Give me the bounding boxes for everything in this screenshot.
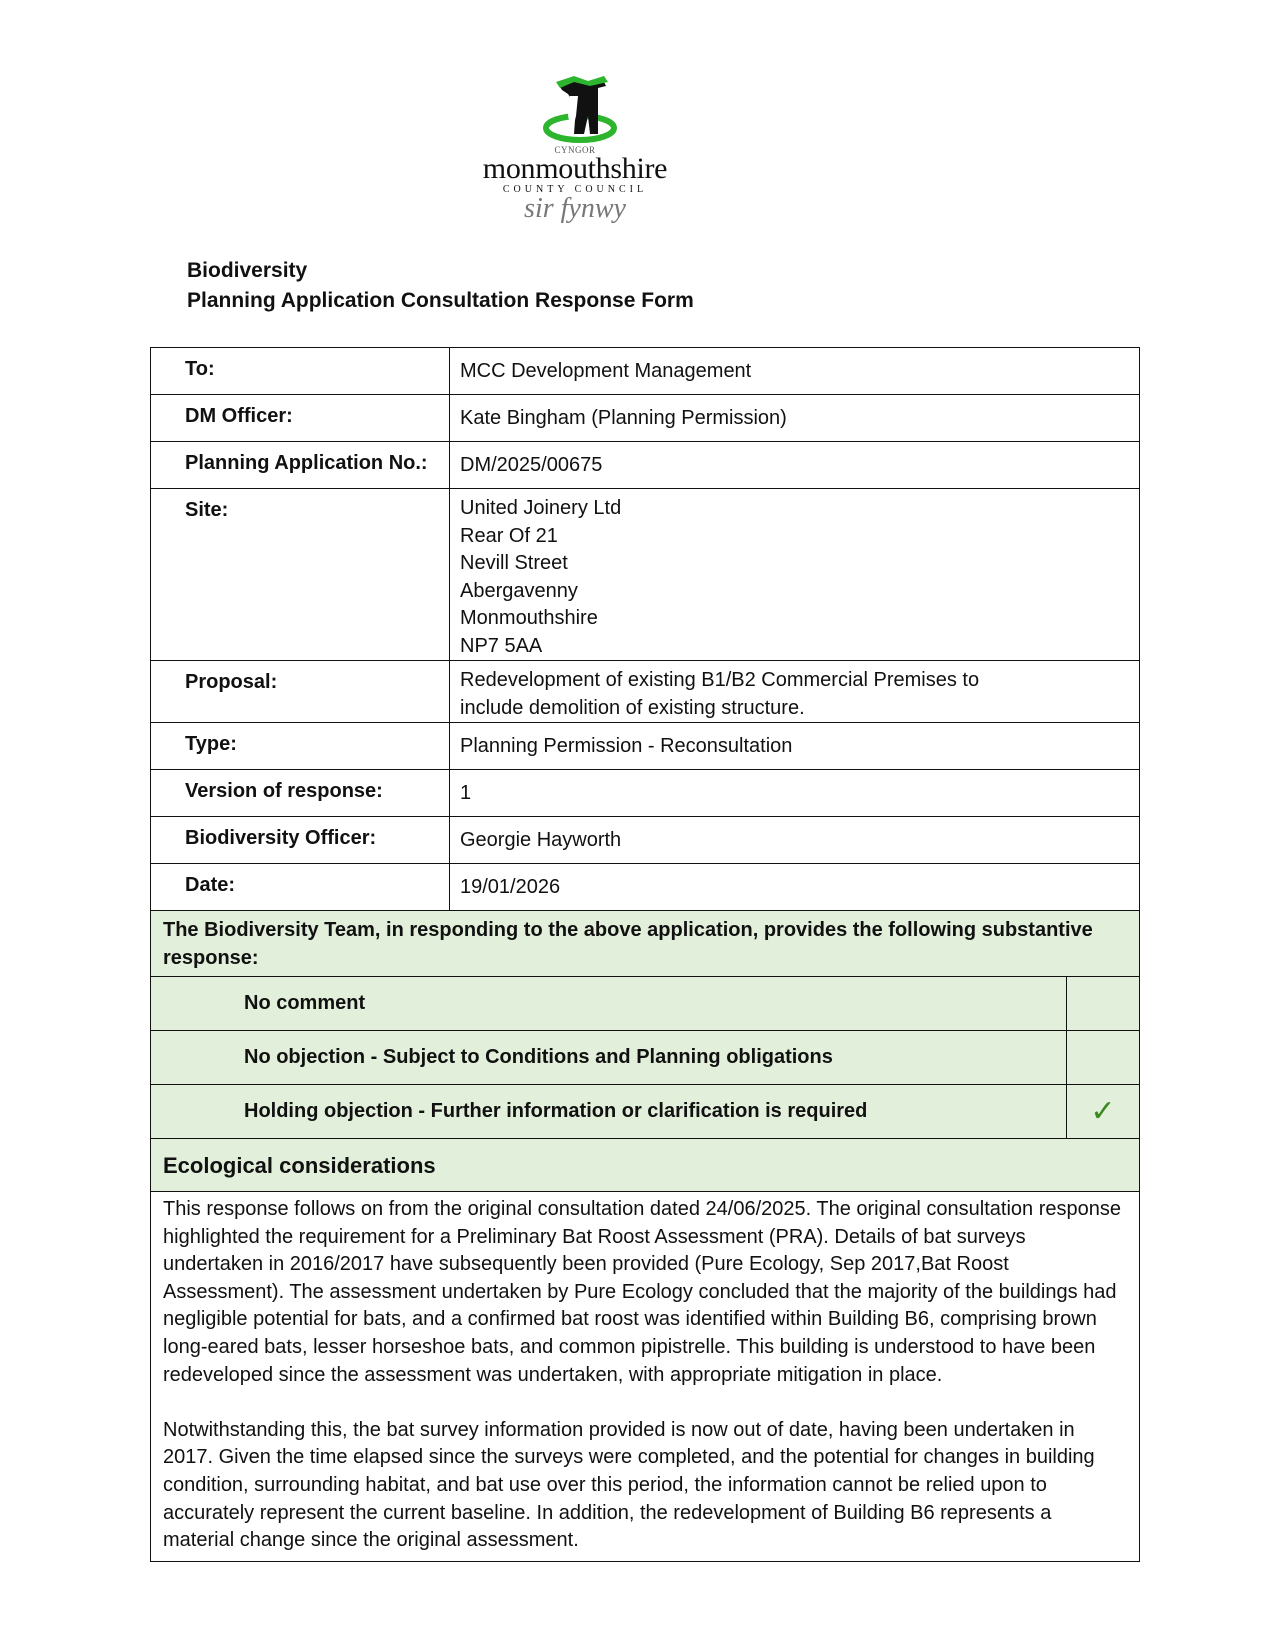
- checkbox-holding-objection[interactable]: ✓: [1067, 1085, 1140, 1139]
- proposal-line: Redevelopment of existing B1/B2 Commerci…: [460, 667, 1139, 695]
- ecological-body: This response follows on from the origin…: [151, 1192, 1140, 1562]
- paragraph: This response follows on from the origin…: [163, 1196, 1127, 1389]
- table-row: Proposal: Redevelopment of existing B1/B…: [151, 661, 1140, 723]
- table-row: Ecological considerations: [151, 1139, 1140, 1192]
- field-value-proposal: Redevelopment of existing B1/B2 Commerci…: [450, 661, 1140, 723]
- table-row: Version of response: 1: [151, 770, 1140, 817]
- table-row: Planning Application No.: DM/2025/00675: [151, 442, 1140, 489]
- field-value-to: MCC Development Management: [450, 348, 1140, 395]
- consultation-form-table: To: MCC Development Management DM Office…: [150, 347, 1140, 1562]
- field-label: Proposal:: [151, 661, 450, 723]
- field-value-type: Planning Permission - Reconsultation: [450, 723, 1140, 770]
- logo-name: monmouthshire: [455, 152, 695, 186]
- field-value-application-no: DM/2025/00675: [450, 442, 1140, 489]
- table-row: Date: 19/01/2026: [151, 864, 1140, 911]
- option-no-objection: No objection - Subject to Conditions and…: [151, 1031, 1067, 1085]
- table-row: Type: Planning Permission - Reconsultati…: [151, 723, 1140, 770]
- checkbox-no-objection[interactable]: [1067, 1031, 1140, 1085]
- checkbox-no-comment[interactable]: [1067, 977, 1140, 1031]
- field-label: DM Officer:: [151, 395, 450, 442]
- field-value-site: United Joinery Ltd Rear Of 21 Nevill Str…: [450, 489, 1140, 661]
- logo-welsh: sir fynwy: [455, 193, 695, 225]
- field-label: Date:: [151, 864, 450, 911]
- section-heading-ecological: Ecological considerations: [151, 1139, 1140, 1192]
- form-heading: Biodiversity Planning Application Consul…: [187, 256, 694, 316]
- field-label: Biodiversity Officer:: [151, 817, 450, 864]
- site-line: Nevill Street: [460, 550, 1139, 578]
- field-label: Planning Application No.:: [151, 442, 450, 489]
- table-row: Site: United Joinery Ltd Rear Of 21 Nevi…: [151, 489, 1140, 661]
- site-line: Abergavenny: [460, 578, 1139, 606]
- response-option-row: Holding objection - Further information …: [151, 1085, 1140, 1139]
- heading-line-1: Biodiversity: [187, 256, 694, 286]
- paragraph: Notwithstanding this, the bat survey inf…: [163, 1417, 1127, 1555]
- check-icon: ✓: [1090, 1094, 1115, 1129]
- table-row: DM Officer: Kate Bingham (Planning Permi…: [151, 395, 1140, 442]
- response-intro: The Biodiversity Team, in responding to …: [151, 911, 1140, 977]
- table-row: The Biodiversity Team, in responding to …: [151, 911, 1140, 977]
- page-title: Planning Application Consultation Respon…: [187, 286, 694, 316]
- field-label: Version of response:: [151, 770, 450, 817]
- site-line: Rear Of 21: [460, 523, 1139, 551]
- field-label: To:: [151, 348, 450, 395]
- council-logo: CYNGOR monmouthshire COUNTY COUNCIL sir …: [455, 72, 705, 222]
- field-value-biodiversity-officer: Georgie Hayworth: [450, 817, 1140, 864]
- field-label: Site:: [151, 489, 450, 661]
- option-holding-objection: Holding objection - Further information …: [151, 1085, 1067, 1139]
- field-value-date: 19/01/2026: [450, 864, 1140, 911]
- table-row: This response follows on from the origin…: [151, 1192, 1140, 1562]
- site-line: NP7 5AA: [460, 633, 1139, 661]
- castle-crest-icon: [540, 76, 620, 146]
- table-row: Biodiversity Officer: Georgie Hayworth: [151, 817, 1140, 864]
- site-line: United Joinery Ltd: [460, 495, 1139, 523]
- proposal-line: include demolition of existing structure…: [460, 695, 1139, 723]
- response-option-row: No objection - Subject to Conditions and…: [151, 1031, 1140, 1085]
- table-row: To: MCC Development Management: [151, 348, 1140, 395]
- site-line: Monmouthshire: [460, 605, 1139, 633]
- field-value-dm-officer: Kate Bingham (Planning Permission): [450, 395, 1140, 442]
- option-no-comment: No comment: [151, 977, 1067, 1031]
- field-value-version: 1: [450, 770, 1140, 817]
- field-label: Type:: [151, 723, 450, 770]
- response-option-row: No comment: [151, 977, 1140, 1031]
